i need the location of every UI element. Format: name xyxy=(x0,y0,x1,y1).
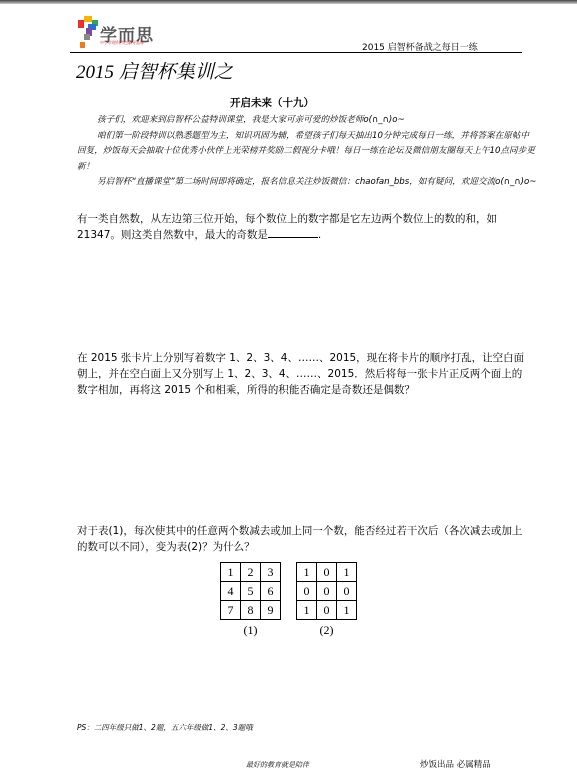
table-cell: 2 xyxy=(241,563,261,582)
question-3: 对于表(1)，每次使其中的任意两个数减去或加上同一个数，能否经过若干次后（各次减… xyxy=(77,523,527,555)
ps-note: PS：二四年级只做1、2题，五六年级做1、2、3题哦 xyxy=(77,722,253,733)
table-cell: 9 xyxy=(261,601,281,620)
document-subtitle: 开启未来（十九） xyxy=(230,95,314,110)
page-top-shadow xyxy=(0,0,577,4)
footer-brand: 炒饭出品 必属精品 xyxy=(420,758,491,770)
table-row: 1 0 1 xyxy=(297,563,357,582)
question-1-period: . xyxy=(318,229,321,241)
intro-paragraph-3: 另启智杯“直播课堂”第二场时间即将确定，报名信息关注炒饭微信：chaofan_b… xyxy=(77,175,537,191)
intro-paragraph-2: 咱们第一阶段特训以熟悉题型为主，知识巩固为辅，希望孩子们每天抽出10分钟完成每日… xyxy=(77,129,537,176)
table-2: 1 0 1 0 0 0 1 0 1 (2) xyxy=(296,562,357,638)
table-cell: 0 xyxy=(317,582,337,601)
intro-paragraph-1: 孩子们，欢迎来到启智杯公益特训课堂，我是大家可亲可爱的炒饭老师ο(∩_∩)o~ xyxy=(77,113,537,129)
logo-subtext: 中小学理科特色辅导品牌 xyxy=(100,40,144,46)
table-cell: 1 xyxy=(297,601,317,620)
table-row: 4 5 6 xyxy=(221,582,281,601)
footer-slogan: 最好的教育就是陪伴 xyxy=(246,760,309,770)
table-2-caption: (2) xyxy=(296,623,357,638)
table-1-caption: (1) xyxy=(220,623,281,638)
table-1: 1 2 3 4 5 6 7 8 9 (1) xyxy=(220,562,281,638)
table-cell: 5 xyxy=(241,582,261,601)
question-1: 有一类自然数，从左边第三位开始，每个数位上的数字都是它左边两个数位上的数的和，如… xyxy=(77,211,527,243)
table-row: 7 8 9 xyxy=(221,601,281,620)
question-2: 在 2015 张卡片上分别写着数字 1、2、3、4、……、2015，现在将卡片的… xyxy=(77,350,527,398)
table-row: 1 2 3 xyxy=(221,563,281,582)
table-cell: 0 xyxy=(297,582,317,601)
document-title: 2015 启智杯集训之 xyxy=(76,57,233,84)
table-cell: 1 xyxy=(337,563,357,582)
table-cell: 1 xyxy=(297,563,317,582)
table-cell: 0 xyxy=(317,563,337,582)
answer-blank xyxy=(268,227,318,238)
table-cell: 1 xyxy=(337,601,357,620)
table-row: 1 0 1 xyxy=(297,601,357,620)
table-cell: 1 xyxy=(221,563,241,582)
logo-mark-icon xyxy=(78,16,100,48)
table-cell: 7 xyxy=(221,601,241,620)
table-cell: 6 xyxy=(261,582,281,601)
intro-section: 孩子们，欢迎来到启智杯公益特训课堂，我是大家可亲可爱的炒饭老师ο(∩_∩)o~ … xyxy=(77,113,537,191)
table-cell: 8 xyxy=(241,601,261,620)
brand-logo: 学而思 中小学理科特色辅导品牌 xyxy=(78,16,168,48)
table-cell: 0 xyxy=(317,601,337,620)
table-row: 0 0 0 xyxy=(297,582,357,601)
header-divider xyxy=(70,52,522,53)
table-cell: 3 xyxy=(261,563,281,582)
table-cell: 0 xyxy=(337,582,357,601)
table-cell: 4 xyxy=(221,582,241,601)
